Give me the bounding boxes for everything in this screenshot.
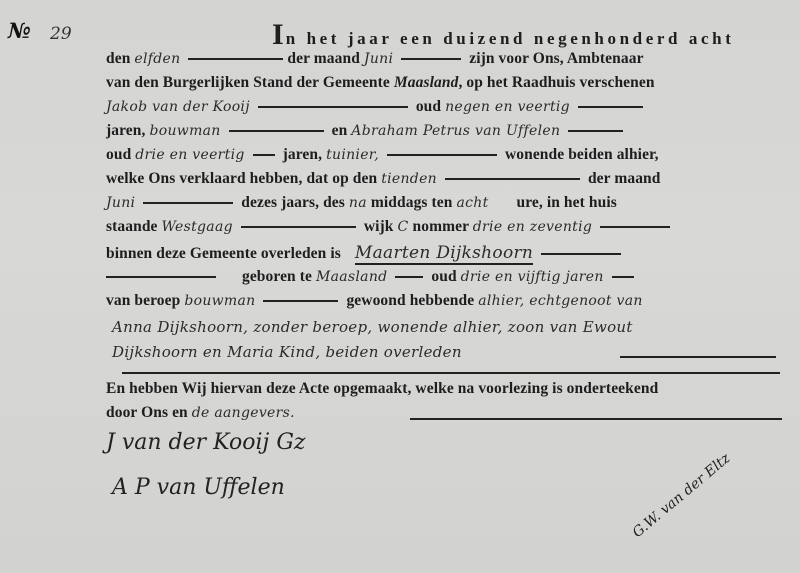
death-daypart: na xyxy=(349,195,367,211)
line-municipality: van den Burgerlijken Stand der Gemeente … xyxy=(106,74,655,92)
line-death-time: Juni dezes jaars, des na middags ten ach… xyxy=(106,194,617,212)
line-birth: geboren te Maasland oud drie en vijftig … xyxy=(106,268,638,286)
civil-record-page: № 29 In het jaar een duizend negenhonder… xyxy=(0,0,800,573)
blank-rule xyxy=(395,276,423,278)
signature-informant-2: A P van Uffelen xyxy=(112,475,285,500)
street-name: Westgaag xyxy=(162,219,233,235)
section-rule xyxy=(122,372,780,374)
printed-text: middags ten xyxy=(371,194,453,211)
death-month: Juni xyxy=(106,195,135,211)
signature-informant-1: J van der Kooij Gz xyxy=(106,430,305,455)
heading-text: n het jaar een duizend negenhonderd acht xyxy=(286,29,735,48)
printed-text: binnen deze Gemeente overleden is xyxy=(106,245,341,262)
residence-spouse: alhier, echtgenoot van xyxy=(478,293,643,309)
printed-text: zijn voor Ons, Ambtenaar xyxy=(469,50,643,67)
printed-text: , op het Raadhuis verschenen xyxy=(458,74,654,91)
informant-1-age: negen en veertig xyxy=(445,99,570,115)
deceased-age: drie en vijftig jaren xyxy=(461,269,604,285)
municipality-name: Maasland xyxy=(394,74,459,91)
blank-rule xyxy=(568,130,623,132)
blank-rule xyxy=(612,276,634,278)
line-occupation: van beroep bouwman gewoond hebbende alhi… xyxy=(106,292,643,310)
printed-text: nommer xyxy=(413,218,469,235)
printed-text: wijk xyxy=(364,218,394,235)
printed-text: van den Burgerlijken Stand der Gemeente xyxy=(106,74,390,91)
signature-registrar: G.W. van der Eltz xyxy=(630,450,734,541)
blank-rule xyxy=(143,202,233,204)
deceased-occupation: bouwman xyxy=(184,293,255,309)
line-closing: En hebben Wij hiervan deze Acte opgemaak… xyxy=(106,380,658,398)
printed-text: oud xyxy=(431,268,456,285)
printed-text: der maand xyxy=(588,170,661,187)
printed-text: oud xyxy=(106,146,131,163)
informant-1-occupation: bouwman xyxy=(149,123,220,139)
blank-rule xyxy=(263,300,338,302)
deceased-name: Maarten Dijkshoorn xyxy=(355,243,533,265)
printed-text: gewoond hebbende xyxy=(346,292,474,309)
blank-rule xyxy=(253,154,275,156)
blank-rule xyxy=(401,58,461,60)
printed-text: jaren, xyxy=(283,146,323,163)
printed-text: oud xyxy=(416,98,441,115)
printed-text: staande xyxy=(106,218,158,235)
line-informant-2: jaren, bouwman en Abraham Petrus van Uff… xyxy=(106,122,627,140)
handwritten-day: elfden xyxy=(134,51,180,67)
printed-text: den xyxy=(106,50,130,67)
informant-2-age: drie en veertig xyxy=(135,147,244,163)
printed-text: jaren, xyxy=(106,122,146,139)
printed-text: wonende beiden alhier, xyxy=(505,146,659,163)
heading-line: In het jaar een duizend negenhonderd ach… xyxy=(272,18,734,52)
blank-rule xyxy=(445,178,580,180)
handwritten-spouse-parents: Anna Dijkshoorn, zonder beroep, wonende … xyxy=(112,318,633,336)
signed-by-informants: de aangevers. xyxy=(192,405,295,421)
line-death-date: welke Ons verklaard hebben, dat op den t… xyxy=(106,170,660,188)
blank-rule xyxy=(229,130,324,132)
house-number: drie en zeventig xyxy=(473,219,592,235)
printed-text: en xyxy=(332,122,348,139)
printed-text: En hebben Wij hiervan deze Acte opgemaak… xyxy=(106,380,658,397)
ward: C xyxy=(398,219,409,235)
handwritten-month: Juni xyxy=(364,51,393,67)
initial-capital: I xyxy=(272,18,286,51)
blank-rule xyxy=(620,356,776,358)
blank-rule xyxy=(410,418,782,420)
record-number-value: 29 xyxy=(50,24,72,44)
blank-rule xyxy=(241,226,356,228)
death-hour: acht xyxy=(456,195,488,211)
printed-text: door Ons en xyxy=(106,404,188,421)
informant-1-name: Jakob van der Kooij xyxy=(106,99,250,115)
line-date: den elfden der maand Juni zijn voor Ons,… xyxy=(106,50,644,68)
handwritten-parents: Dijkshoorn en Maria Kind, beiden overled… xyxy=(112,343,462,361)
printed-text: dezes jaars, des xyxy=(241,194,345,211)
blank-rule xyxy=(188,58,283,60)
blank-rule xyxy=(258,106,408,108)
line-address: staande Westgaag wijk C nommer drie en z… xyxy=(106,218,674,236)
record-number-label: № xyxy=(8,18,31,43)
death-day: tienden xyxy=(381,171,437,187)
line-deceased: binnen deze Gemeente overleden is Maarte… xyxy=(106,243,625,263)
printed-text: ure, in het huis xyxy=(516,194,616,211)
line-informant-1: Jakob van der Kooij oud negen en veertig xyxy=(106,98,647,116)
blank-rule xyxy=(600,226,670,228)
blank-rule xyxy=(387,154,497,156)
printed-text: geboren te xyxy=(242,268,312,285)
informant-2-occupation: tuinier, xyxy=(326,147,379,163)
blank-rule xyxy=(578,106,643,108)
informant-2-name: Abraham Petrus van Uffelen xyxy=(351,123,560,139)
printed-text: van beroep xyxy=(106,292,180,309)
printed-text: welke Ons verklaard hebben, dat op den xyxy=(106,170,377,187)
printed-text: der maand xyxy=(287,50,360,67)
line-informant-2-details: oud drie en veertig jaren, tuinier, wone… xyxy=(106,146,659,164)
line-signed-by: door Ons en de aangevers. xyxy=(106,404,295,422)
birthplace: Maasland xyxy=(316,269,387,285)
blank-rule xyxy=(106,276,216,278)
blank-rule xyxy=(541,253,621,255)
